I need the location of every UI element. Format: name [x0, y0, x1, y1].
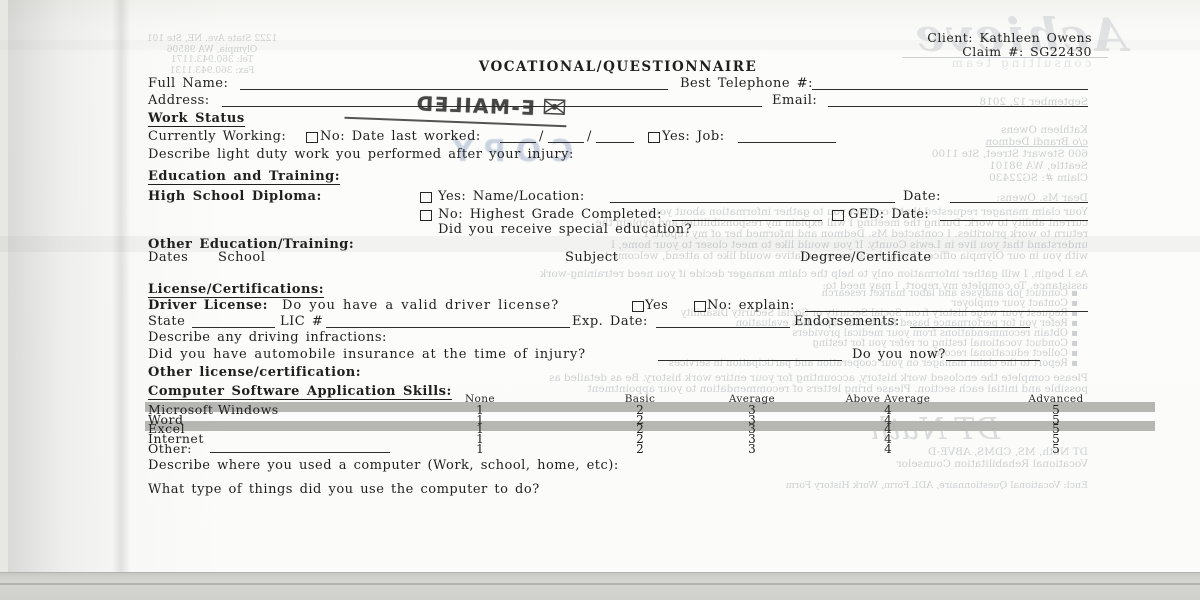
- license-explain-line: [805, 311, 1088, 312]
- state-label: State: [148, 314, 185, 329]
- auto-insurance-line: [658, 360, 842, 361]
- date-line-month: [500, 142, 536, 143]
- other-license-heading: Other license/certification:: [148, 365, 361, 380]
- full-name-line: [240, 89, 668, 90]
- highest-grade-label: No: Highest Grade Completed:: [438, 207, 662, 222]
- bleed-letterhead-address: 1222 State Ave. NE, Ste 101 Olympia, WA …: [142, 34, 282, 76]
- column-school: School: [218, 250, 265, 265]
- bleed-text: Seattle, WA 98101: [989, 160, 1088, 172]
- date-line-year: [596, 142, 634, 143]
- date-slash: /: [587, 129, 592, 144]
- skills-cell: 2: [620, 442, 660, 456]
- bleed-text: Fax: 360.943.1131: [142, 66, 282, 77]
- column-dates: Dates: [148, 250, 188, 265]
- checkbox-license-no: [694, 301, 706, 312]
- skills-row-label: Other:: [148, 441, 192, 456]
- hs-diploma-label: High School Diploma:: [148, 189, 322, 204]
- hs-name-location-line: [610, 202, 895, 203]
- date-last-worked-label: No: Date last worked:: [320, 129, 481, 144]
- best-telephone-line: [812, 89, 1088, 90]
- paper-bottom-edge: [0, 572, 1200, 600]
- email-label: Email:: [772, 93, 817, 108]
- license-heading: License/Certifications:: [148, 282, 324, 298]
- bleed-enclosures: Encl: Vocational Questionnaire, ADL Form…: [786, 480, 1088, 491]
- do-you-now-label: Do you now?: [852, 347, 946, 362]
- special-education-question: Did you receive special education?: [438, 222, 692, 237]
- endorsements-label: Endorsements:: [794, 314, 900, 329]
- yes-job-label: Yes: Job:: [662, 129, 725, 144]
- bleed-text: As I begin, I will gather information on…: [540, 268, 1088, 280]
- lic-number-line: [326, 327, 570, 328]
- bleed-text: Kathleen Owens: [1001, 124, 1088, 136]
- bleed-text: Tel: 360.943.1171: [142, 55, 282, 66]
- date-slash: /: [539, 129, 544, 144]
- auto-insurance-question: Did you have automobile insurance at the…: [148, 347, 586, 362]
- checkbox-currently-working-no: [306, 132, 318, 143]
- skills-cell: 5: [1036, 442, 1076, 456]
- client-name-line: Client: Kathleen Owens: [850, 30, 1092, 45]
- hs-date-label: Date:: [903, 189, 941, 204]
- best-telephone-label: Best Telephone #:: [680, 76, 813, 91]
- bleed-signature-title: Vocational Rehabilitation Counselor: [897, 458, 1088, 470]
- state-line: [192, 327, 275, 328]
- bleed-text: c/o Brandi Dedmon: [985, 136, 1088, 148]
- checkbox-hs-yes: [420, 192, 432, 203]
- yes-job-line: [738, 142, 836, 143]
- do-you-now-line: [946, 360, 1040, 361]
- column-subject: Subject: [565, 250, 618, 265]
- currently-working-label: Currently Working:: [148, 129, 286, 144]
- checkbox-currently-working-yes: [648, 132, 660, 143]
- computer-where-question: Describe where you used a computer (Work…: [148, 458, 619, 473]
- bleed-text: 1222 State Ave. NE, Ste 101: [142, 34, 282, 45]
- address-label: Address:: [148, 93, 210, 108]
- scanbed-seam: [0, 583, 1200, 585]
- skills-cell: 3: [732, 442, 772, 456]
- license-yes-label: Yes: [645, 298, 668, 313]
- driver-license-label: Driver License:: [148, 298, 268, 313]
- work-status-heading: Work Status: [148, 111, 245, 127]
- license-no-explain-label: No: explain:: [707, 298, 795, 313]
- exp-date-label: Exp. Date:: [572, 314, 648, 329]
- ged-date-label: GED: Date:: [848, 207, 929, 222]
- full-name-label: Full Name:: [148, 76, 228, 91]
- scanned-questionnaire-page: { "header": { "client": "Client: Kathlee…: [0, 0, 1200, 600]
- checkbox-license-yes: [632, 301, 644, 312]
- bleed-text: Olympia, WA 98506: [142, 45, 282, 56]
- skills-other-line: [210, 452, 390, 453]
- emailed-stamp-text: E-MAILED: [415, 91, 536, 120]
- checkbox-hs-no: [420, 210, 432, 221]
- endorsements-line: [910, 327, 1030, 328]
- exp-date-line: [656, 327, 790, 328]
- column-degree-certificate: Degree/Certificate: [800, 250, 932, 265]
- computer-skills-heading: Computer Software Application Skills:: [148, 384, 452, 400]
- highest-grade-line: [672, 220, 822, 221]
- hs-date-line: [950, 202, 1088, 203]
- skills-cell: 1: [460, 442, 500, 456]
- skills-cell: 4: [868, 442, 908, 456]
- ged-date-line: [940, 220, 1088, 221]
- light-duty-question: Describe light duty work you performed a…: [148, 147, 574, 162]
- hs-yes-name-location-label: Yes: Name/Location:: [438, 189, 585, 204]
- bleed-text: Claim #: SG22430: [989, 172, 1088, 184]
- page-title: VOCATIONAL/QUESTIONNAIRE: [318, 59, 918, 75]
- checkbox-ged: [832, 210, 844, 221]
- scan-fold-streak: [112, 0, 130, 572]
- education-heading: Education and Training:: [148, 169, 340, 185]
- valid-license-question: Do you have a valid driver license?: [282, 298, 559, 313]
- computer-what-question: What type of things did you use the comp…: [148, 482, 540, 497]
- envelope-icon: ✉: [541, 95, 567, 122]
- bleed-text: 600 Stewart Street, Ste 1100: [932, 148, 1088, 160]
- date-line-day: [548, 142, 584, 143]
- lic-number-label: LIC #: [280, 314, 323, 329]
- claim-number-line: Claim #: SG22430: [850, 44, 1092, 59]
- email-line: [828, 106, 1088, 107]
- driving-infractions-question: Describe any driving infractions:: [148, 330, 387, 345]
